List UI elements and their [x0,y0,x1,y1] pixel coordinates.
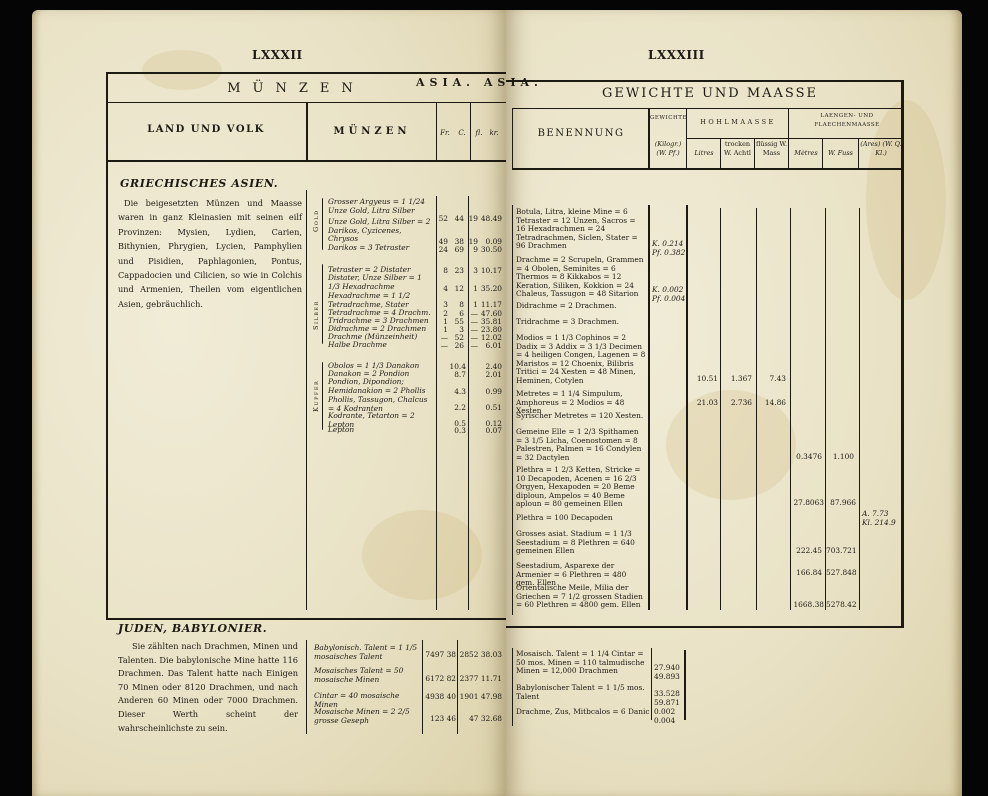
measure-row: Drachme, Zus, Mitbcalos = 6 Danic [516,708,650,717]
col-gewichte: GEWICHTE [650,114,686,123]
coin-row: Hexadrachme = 1 1/2 Tetradrachme, Stater [328,292,434,309]
gewichte-title: GEWICHTE UND MAASSE [560,87,860,101]
coin-row: Distater, Unze Silber = 1 1/3 Hexadrachm… [328,274,434,291]
measure-row: Tridrachme = 3 Drachmen. [516,318,646,327]
col-fl: fl. [472,130,486,138]
coin-row: Pondion, Dipondion; Hemidanakion = 2 Pho… [328,378,434,395]
col-laengen-flaechenmaasse: LAENGEN- UND FLAECHENMAASSE [790,112,904,130]
measure-row: Babylonischer Talent = 1 1/5 mos. Talent [516,684,650,701]
coin-row: Halbe Drachme [328,341,434,350]
col-metres: Mètres [790,150,822,157]
measure-row: Botula, Litra, kleine Mine = 6 Tetraster… [516,208,646,251]
col-gewichte-units: (Kilogr.) (W. Pf.) [650,140,686,158]
coin-row: Lepton [328,426,434,435]
section-title-griechisches-asien: GRIECHISCHES ASIEN. [120,177,278,190]
col-muenzen: MÜNZEN [308,126,436,137]
measure-row: Orientalische Meile, Milia der Griechen … [516,584,646,610]
measure-row: Plethra = 1 2/3 Ketten, Stricke = 10 Dec… [516,466,646,509]
col-trocken: trocken W. Achtl [721,140,754,158]
col-benennung: BENENNUNG [514,128,648,139]
group-label-kupfer: Kupfer [312,380,320,412]
coin-row: Mosaische Minen = 2 2/5 grosse Geseph [314,708,420,725]
section-title-juden-babylonier: JUDEN, BABYLONIER. [118,622,267,635]
group-label-gold: Gold [312,209,320,232]
col-fluessig: flüssig W. Mass [755,140,788,158]
col-land-und-volk: LAND UND VOLK [106,124,306,135]
coin-row: Unze Gold, Litra Silber = 2 Darikos, Cyz… [328,218,434,244]
col-c: C. [454,130,470,138]
col-kr: kr. [486,130,502,138]
section-description-juden-babylonier: Sie zählten nach Drachmen, Minen und Tal… [118,640,298,735]
measure-row: Modios = 1 1/3 Cophinos = 2 Dadix = 3 Ad… [516,334,646,386]
col-fr: Fr. [436,130,454,138]
col-w-fuss: W. Fuss [823,150,858,157]
measure-row: Didrachme = 2 Drachmen. [516,302,646,311]
col-ares: (Ares) (W. Q. Kl.) [859,140,903,158]
coin-row: Darikos = 3 Tetraster [328,244,434,253]
col-hohlmaasse: HOHLMAASSE [688,119,788,126]
measure-row: Plethra = 100 Decapoden [516,514,646,523]
group-label-silber: Silber [312,300,320,330]
measure-row: Mosaisch. Talent = 1 1/4 Cintar = 50 mos… [516,650,650,676]
section-description-griechisches-asien: Die beigesetzten Münzen und Maasse waren… [118,196,302,311]
measure-row: Grosses asiat. Stadium = 1 1/3 Seestadiu… [516,530,646,556]
page-number-right: LXXXIII [648,48,705,62]
coin-row: Mosaisches Talent = 50 mosaische Minen [314,667,420,684]
page-number-left: LXXXII [252,48,303,62]
measure-row: Drachme = 2 Scrupeln, Grammen = 4 Obolen… [516,256,646,299]
coin-row: Babylonisch. Talent = 1 1/5 mosaisches T… [314,644,420,661]
col-litres: Litres [688,150,720,157]
measure-row: Gemeine Elle = 1 2/3 Spithamen = 3 1/5 L… [516,428,646,462]
coin-row: Grosser Argyeus = 1 1/24 Unze Gold, Litr… [328,198,434,215]
measure-row: Syrischer Metretes = 120 Xesten. [516,412,646,421]
